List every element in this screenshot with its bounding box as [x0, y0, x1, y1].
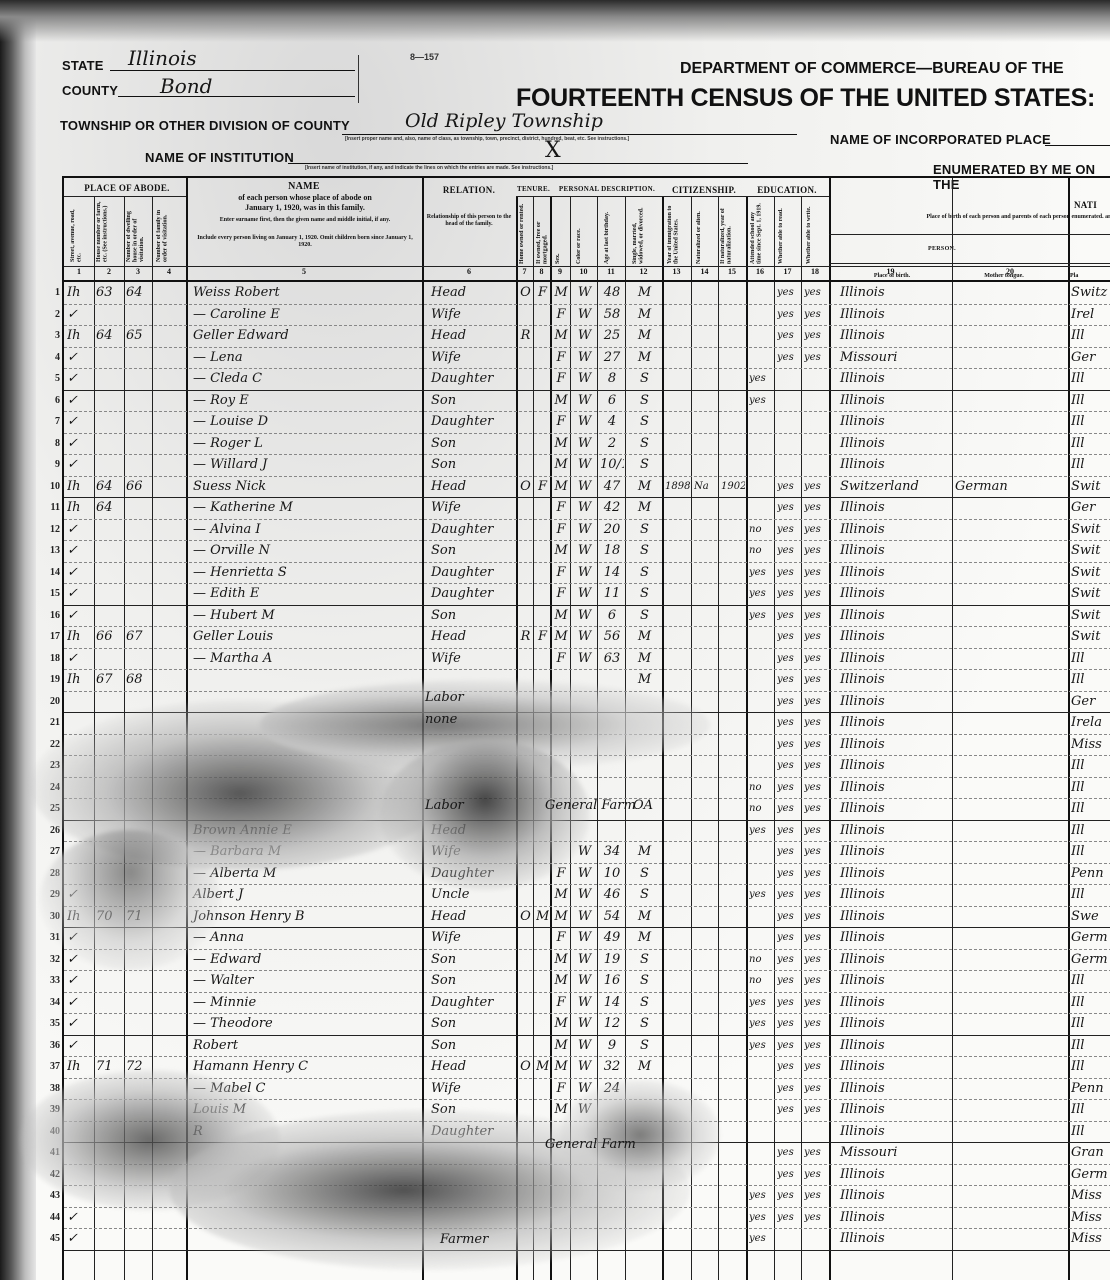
county-value: Bond	[160, 74, 212, 98]
cell-natyr	[721, 755, 745, 777]
cell-house	[96, 992, 122, 1014]
cell-fbirth: Miss	[1071, 734, 1110, 756]
cell-tongue	[955, 1099, 1067, 1121]
cell-house: 66	[96, 626, 122, 648]
cell-race: W	[573, 411, 596, 433]
cell-race: W	[573, 1056, 596, 1078]
cell-age: 6	[600, 605, 624, 627]
cell-house	[96, 540, 122, 562]
cell-read: yes	[777, 540, 800, 562]
cell-age: 48	[600, 282, 624, 304]
cell-race: W	[573, 282, 596, 304]
cell-write: yes	[804, 949, 828, 971]
cell-natyr	[721, 325, 745, 347]
cell-fbirth: Ill	[1071, 368, 1110, 390]
cell-read: yes	[777, 777, 800, 799]
cell-fam	[126, 1035, 152, 1057]
cell-write: yes	[804, 1099, 828, 1121]
cell-home: O	[519, 476, 532, 498]
cell-natyr	[721, 691, 745, 713]
cell-nat	[694, 970, 717, 992]
cell-fbirth: Ill	[1071, 841, 1110, 863]
institution-label: NAME OF INSTITUTION	[145, 150, 294, 165]
cell-natyr	[721, 1228, 745, 1250]
cell-fam	[126, 304, 152, 326]
cell-fam	[126, 540, 152, 562]
line-number: 4	[34, 347, 60, 369]
cell-write: yes	[804, 798, 828, 820]
table-row: 29✓Albert JUncleMW46SyesyesyesIllinoisIl…	[64, 884, 1110, 906]
cell-race: W	[573, 347, 596, 369]
cell-tongue	[955, 540, 1067, 562]
cell-write	[804, 390, 828, 412]
cell-read: yes	[777, 626, 800, 648]
cell-school: yes	[749, 1013, 773, 1035]
cell-nat	[694, 992, 717, 1014]
cell-imm	[665, 562, 690, 584]
cell-age: 47	[600, 476, 624, 498]
cell-fam: 64	[126, 282, 152, 304]
cell-house	[96, 648, 122, 670]
cell-race: W	[573, 648, 596, 670]
cell-owned	[536, 497, 549, 519]
cell-natyr: 1902	[721, 476, 745, 498]
cell-sex: F	[553, 562, 569, 584]
cell-natyr	[721, 648, 745, 670]
cell-fbirth: Ill	[1071, 820, 1110, 842]
county-label: COUNTY	[62, 83, 118, 98]
cell-read: yes	[777, 734, 800, 756]
department-heading: DEPARTMENT OF COMMERCE—BUREAU OF THE	[680, 60, 1064, 78]
cell-fbirth: Swit	[1071, 605, 1110, 627]
cell-owned	[536, 304, 549, 326]
cell-nat	[694, 798, 717, 820]
cell-ms: S	[628, 605, 661, 627]
cell-natyr	[721, 1164, 745, 1186]
cell-fam	[126, 433, 152, 455]
census-page: STATE Illinois COUNTY Bond TOWNSHIP OR O…	[0, 0, 1110, 1280]
header-tenure: TENURE.	[516, 185, 551, 193]
cell-street: ✓	[67, 1228, 93, 1250]
cell-street: Ih	[67, 282, 93, 304]
cell-school	[749, 433, 773, 455]
cell-owned	[536, 605, 549, 627]
cell-name: — Edith E	[189, 583, 421, 605]
cell-house	[96, 970, 122, 992]
cell-imm	[665, 863, 690, 885]
cell-fbirth: Irel	[1071, 304, 1110, 326]
cell-sex: M	[553, 1013, 569, 1035]
cell-birth: Illinois	[832, 583, 951, 605]
cell-write: yes	[804, 519, 828, 541]
cell-write: yes	[804, 562, 828, 584]
cell-write: yes	[804, 669, 828, 691]
cell-ms	[628, 820, 661, 842]
cell-ms: S	[628, 519, 661, 541]
cell-read: yes	[777, 325, 800, 347]
cell-birth: Illinois	[832, 605, 951, 627]
cell-fam	[126, 1013, 152, 1035]
column-number: 11	[597, 267, 625, 280]
column-number: 14	[691, 267, 718, 280]
cell-name: — Anna	[189, 927, 421, 949]
cell-write	[804, 411, 828, 433]
cell-race: W	[573, 992, 596, 1014]
cell-ms	[628, 777, 661, 799]
cell-fbirth: Ill	[1071, 648, 1110, 670]
cell-street	[67, 691, 93, 713]
line-number: 35	[34, 1013, 60, 1035]
cell-age: 10	[600, 863, 624, 885]
cell-sex: F	[553, 368, 569, 390]
cell-birth: Illinois	[832, 734, 951, 756]
cell-imm	[665, 368, 690, 390]
cell-write: yes	[804, 497, 828, 519]
cell-house	[96, 433, 122, 455]
line-number: 34	[34, 992, 60, 1014]
cell-fam: 66	[126, 476, 152, 498]
cell-nat	[694, 1013, 717, 1035]
cell-ms: S	[628, 433, 661, 455]
cell-tongue	[955, 798, 1067, 820]
line-number: 10	[34, 476, 60, 498]
cell-write: yes	[804, 1013, 828, 1035]
table-row: 6✓— Roy ESonMW6SyesIllinoisIll	[64, 390, 1110, 412]
cell-tongue	[955, 712, 1067, 734]
cell-birth: Illinois	[832, 1013, 951, 1035]
cell-school	[749, 863, 773, 885]
cell-imm: 1898	[665, 476, 690, 498]
cell-write: yes	[804, 1078, 828, 1100]
cell-write: yes	[804, 863, 828, 885]
cell-school: yes	[749, 583, 773, 605]
cell-fam	[126, 583, 152, 605]
cell-read: yes	[777, 970, 800, 992]
column-number: 15	[718, 267, 746, 280]
cell-race: W	[573, 626, 596, 648]
cell-sex: M	[553, 454, 569, 476]
cell-school	[749, 497, 773, 519]
cell-tongue	[955, 1185, 1067, 1207]
cell-school	[749, 927, 773, 949]
cell-read: yes	[777, 906, 800, 928]
line-number: 32	[34, 949, 60, 971]
cell-birth: Illinois	[832, 906, 951, 928]
cell-rel: Daughter	[425, 562, 515, 584]
cell-fbirth: Penn	[1071, 863, 1110, 885]
cell-read: yes	[777, 1142, 800, 1164]
cell-sex: M	[553, 390, 569, 412]
cell-home	[519, 390, 532, 412]
cell-age: 14	[600, 562, 624, 584]
cell-age: 2	[600, 433, 624, 455]
table-row: 33✓— WalterSonMW16SnoyesyesIllinoisIll	[64, 970, 1110, 992]
cell-race: W	[573, 906, 596, 928]
table-row: 2✓— Caroline EWifeFW58MyesyesIllinoisIre…	[64, 304, 1110, 326]
cell-imm	[665, 347, 690, 369]
cell-nat	[694, 691, 717, 713]
cell-ms: S	[628, 884, 661, 906]
cell-name: — Caroline E	[189, 304, 421, 326]
cell-imm	[665, 1013, 690, 1035]
cell-read: yes	[777, 949, 800, 971]
cell-imm	[665, 626, 690, 648]
cell-owned: F	[536, 626, 549, 648]
cell-school	[749, 1164, 773, 1186]
cell-sex: F	[553, 497, 569, 519]
cell-name: — Alvina I	[189, 519, 421, 541]
cell-birth: Illinois	[832, 282, 951, 304]
cell-home	[519, 304, 532, 326]
cell-ms: S	[628, 540, 661, 562]
cell-race: W	[573, 970, 596, 992]
line-number: 36	[34, 1035, 60, 1057]
cell-owned	[536, 368, 549, 390]
cell-ms: S	[628, 368, 661, 390]
column-number: 4	[152, 267, 186, 280]
cell-race: W	[573, 562, 596, 584]
cell-owned	[536, 949, 549, 971]
cell-nat	[694, 1035, 717, 1057]
cell-natyr	[721, 540, 745, 562]
cell-read	[777, 433, 800, 455]
cell-fbirth: Swit	[1071, 562, 1110, 584]
cell-natyr	[721, 798, 745, 820]
cell-rel: Head	[425, 325, 515, 347]
cell-tongue	[955, 949, 1067, 971]
cell-school	[749, 1142, 773, 1164]
cell-read: yes	[777, 648, 800, 670]
cell-home	[519, 1035, 532, 1057]
cell-tongue	[955, 519, 1067, 541]
cell-nat	[694, 454, 717, 476]
cell-tongue	[955, 734, 1067, 756]
cell-house	[96, 454, 122, 476]
cell-house	[96, 390, 122, 412]
cell-read: yes	[777, 927, 800, 949]
cell-school: yes	[749, 368, 773, 390]
cell-nat	[694, 304, 717, 326]
cell-age: 10/12	[600, 454, 624, 476]
column-number: 2	[94, 267, 124, 280]
cell-home	[519, 949, 532, 971]
cell-house	[96, 347, 122, 369]
cell-street: ✓	[67, 433, 93, 455]
line-number: 33	[34, 970, 60, 992]
column-number: 6	[422, 267, 516, 280]
line-number: 17	[34, 626, 60, 648]
cell-imm	[665, 1056, 690, 1078]
cell-tongue	[955, 583, 1067, 605]
cell-street: ✓	[67, 411, 93, 433]
cell-school	[749, 454, 773, 476]
cell-birth: Illinois	[832, 992, 951, 1014]
cell-nat	[694, 605, 717, 627]
cell-sex: F	[553, 347, 569, 369]
cell-natyr	[721, 949, 745, 971]
cell-nat	[694, 497, 717, 519]
cell-ms: S	[628, 454, 661, 476]
cell-fbirth: Ill	[1071, 411, 1110, 433]
cell-home	[519, 1013, 532, 1035]
cell-imm	[665, 755, 690, 777]
line-number: 2	[34, 304, 60, 326]
cell-natyr	[721, 497, 745, 519]
cell-imm	[665, 282, 690, 304]
cell-read: yes	[777, 1056, 800, 1078]
cell-owned: M	[536, 906, 549, 928]
cell-home: R	[519, 626, 532, 648]
cell-sex: M	[553, 1056, 569, 1078]
cell-tongue	[955, 927, 1067, 949]
cell-tongue	[955, 820, 1067, 842]
institution-value: X	[545, 138, 561, 163]
cell-house	[96, 519, 122, 541]
cell-nat: Na	[694, 476, 717, 498]
cell-rel: Wife	[425, 347, 515, 369]
cell-read: yes	[777, 1207, 800, 1229]
cell-natyr	[721, 734, 745, 756]
cell-imm	[665, 433, 690, 455]
cell-tongue	[955, 454, 1067, 476]
cell-street: Ih	[67, 325, 93, 347]
cell-write: yes	[804, 1185, 828, 1207]
cell-house: 64	[96, 325, 122, 347]
cell-tongue	[955, 1121, 1067, 1143]
cell-nat	[694, 884, 717, 906]
scan-shadow	[0, 0, 1110, 42]
cell-street: ✓	[67, 605, 93, 627]
cell-nat	[694, 648, 717, 670]
cell-fam	[126, 562, 152, 584]
cell-rel: Head	[425, 626, 515, 648]
cell-fbirth: Switz	[1071, 282, 1110, 304]
cell-birth: Illinois	[832, 1121, 951, 1143]
cell-rel: Daughter	[425, 519, 515, 541]
cell-write: yes	[804, 347, 828, 369]
line-number: 7	[34, 411, 60, 433]
cell-natyr	[721, 583, 745, 605]
cell-imm	[665, 411, 690, 433]
cell-race: W	[573, 368, 596, 390]
cell-write: yes	[804, 820, 828, 842]
cell-fbirth: Ill	[1071, 777, 1110, 799]
cell-birth: Illinois	[832, 884, 951, 906]
cell-owned	[536, 583, 549, 605]
cell-write: yes	[804, 1056, 828, 1078]
cell-birth: Illinois	[832, 863, 951, 885]
cell-birth: Illinois	[832, 927, 951, 949]
cell-age	[600, 820, 624, 842]
cell-write: yes	[804, 734, 828, 756]
cell-age: 4	[600, 411, 624, 433]
cell-home	[519, 970, 532, 992]
cell-age: 19	[600, 949, 624, 971]
cell-fbirth: Ill	[1071, 1099, 1110, 1121]
table-row: 30Ih7071Johnson Henry BHeadOMMW54Myesyes…	[64, 906, 1110, 928]
cell-fbirth: Ill	[1071, 669, 1110, 691]
cell-fam	[126, 347, 152, 369]
cell-fbirth: Swe	[1071, 906, 1110, 928]
cell-natyr	[721, 519, 745, 541]
cell-sex: M	[553, 949, 569, 971]
cell-school: yes	[749, 390, 773, 412]
cell-tongue	[955, 605, 1067, 627]
cell-name: — Louise D	[189, 411, 421, 433]
cell-write	[804, 433, 828, 455]
cell-name: — Katherine M	[189, 497, 421, 519]
cell-tongue	[955, 626, 1067, 648]
cell-write: yes	[804, 841, 828, 863]
cell-home	[519, 884, 532, 906]
cell-write: yes	[804, 325, 828, 347]
cell-race: W	[573, 863, 596, 885]
cell-fbirth: Swit	[1071, 540, 1110, 562]
cell-natyr	[721, 927, 745, 949]
cell-race: W	[573, 390, 596, 412]
cell-school	[749, 1121, 773, 1143]
table-row: 7✓— Louise DDaughterFW4SIllinoisIll	[64, 411, 1110, 433]
cell-read	[777, 1228, 800, 1250]
cell-name: — Theodore	[189, 1013, 421, 1035]
cell-race: W	[573, 325, 596, 347]
cell-age: 25	[600, 325, 624, 347]
cell-birth: Illinois	[832, 562, 951, 584]
header-name: NAME	[188, 181, 420, 192]
cell-rel: Daughter	[425, 368, 515, 390]
cell-age: 49	[600, 927, 624, 949]
cell-sex: M	[553, 540, 569, 562]
cell-imm	[665, 519, 690, 541]
cell-school: no	[749, 540, 773, 562]
cell-sex: M	[553, 476, 569, 498]
line-number: 45	[34, 1228, 60, 1250]
cell-owned	[536, 540, 549, 562]
cell-natyr	[721, 777, 745, 799]
cell-tongue	[955, 1142, 1067, 1164]
cell-race: W	[573, 1035, 596, 1057]
cell-fbirth: Ill	[1071, 454, 1110, 476]
cell-write: yes	[804, 1142, 828, 1164]
cell-race: W	[573, 949, 596, 971]
table-row: 13✓— Orville NSonMW18SnoyesyesIllinoisSw…	[64, 540, 1110, 562]
cell-imm	[665, 884, 690, 906]
cell-sex: F	[553, 927, 569, 949]
cell-birth: Illinois	[832, 1056, 951, 1078]
line-number: 14	[34, 562, 60, 584]
cell-birth: Illinois	[832, 325, 951, 347]
cell-home	[519, 454, 532, 476]
cell-rel: Head	[425, 1056, 515, 1078]
cell-street: ✓	[67, 1013, 93, 1035]
cell-house	[96, 1013, 122, 1035]
cell-home	[519, 605, 532, 627]
cell-owned	[536, 390, 549, 412]
cell-nat	[694, 1056, 717, 1078]
cell-name: — Walter	[189, 970, 421, 992]
cell-home	[519, 648, 532, 670]
cell-fbirth: Ill	[1071, 884, 1110, 906]
cell-birth: Illinois	[832, 1099, 951, 1121]
cell-birth: Missouri	[832, 1142, 951, 1164]
table-row: 14✓— Henrietta SDaughterFW14SyesyesyesIl…	[64, 562, 1110, 584]
cell-street: ✓	[67, 390, 93, 412]
cell-fam: 68	[126, 669, 152, 691]
cell-race: W	[573, 304, 596, 326]
cell-write	[804, 368, 828, 390]
township-value: Old Ripley Township	[405, 110, 603, 132]
cell-school	[749, 1078, 773, 1100]
